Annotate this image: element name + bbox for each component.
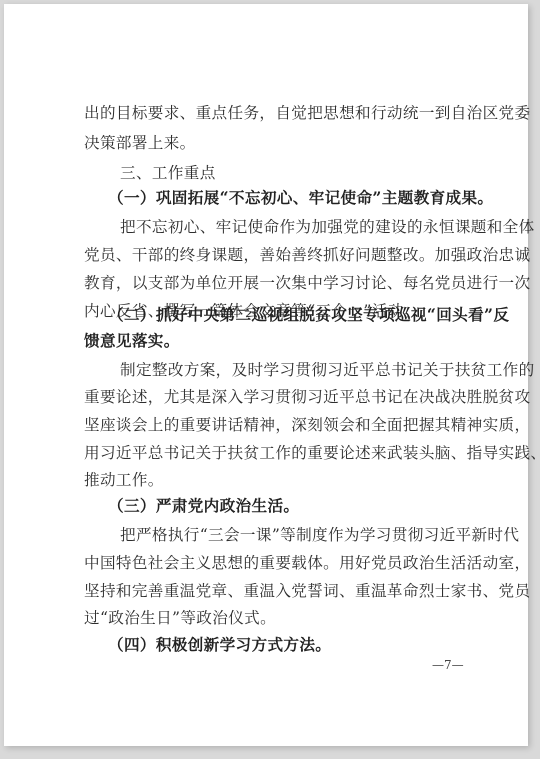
subsection-heading: （二）抓好中央第二巡视组脱贫攻坚专项巡视“回头看”反 [108,305,509,325]
body-line: 重要论述，尤其是深入学习贯彻习近平总书记在决战决胜脱贫攻 [84,387,530,407]
subsection-heading: （三）严肃党内政治生活。 [108,496,299,516]
body-line: 党员、干部的终身课题，善始善终抓好问题整改。加强政治忠诚 [84,245,530,265]
body-line: 制定整改方案，及时学习贯彻习近平总书记关于扶贫工作的 [120,360,535,380]
subsection-heading: （四）积极创新学习方式方法。 [108,635,331,655]
body-line: 把不忘初心、牢记使命作为加强党的建设的永恒课题和全体 [120,217,535,237]
body-line: 出的目标要求、重点任务，自觉把思想和行动统一到自治区党委 [84,103,530,123]
body-line: 中国特色社会主义思想的重要载体。用好党员政治生活活动室， [84,553,530,573]
document-page: 出的目标要求、重点任务，自觉把思想和行动统一到自治区党委 决策部署上来。 三、工… [4,4,528,746]
body-line: 把严格执行“三会一课”等制度作为学习贯彻习近平新时代 [120,525,519,545]
body-line: 教育，以支部为单位开展一次集中学习讨论、每名党员进行一次 [84,273,530,293]
body-line: 推动工作。 [84,470,164,490]
section-heading: 三、工作重点 [120,163,216,183]
subsection-heading-continued: 馈意见落实。 [84,331,180,351]
body-line: 决策部署上来。 [84,133,196,153]
page-number: —7— [432,658,464,672]
subsection-heading: （一）巩固拓展“不忘初心、牢记使命”主题教育成果。 [108,188,493,208]
body-line: 坚持和完善重温党章、重温入党誓词、重温革命烈士家书、党员 [84,581,530,601]
body-line: 用习近平总书记关于扶贫工作的重要论述来武装头脑、指导实践、 [84,443,540,463]
body-line: 过“政治生日”等政治仪式。 [84,608,276,628]
body-line: 坚座谈会上的重要讲话精神，深刻领会和全面把握其精神实质， [84,415,530,435]
